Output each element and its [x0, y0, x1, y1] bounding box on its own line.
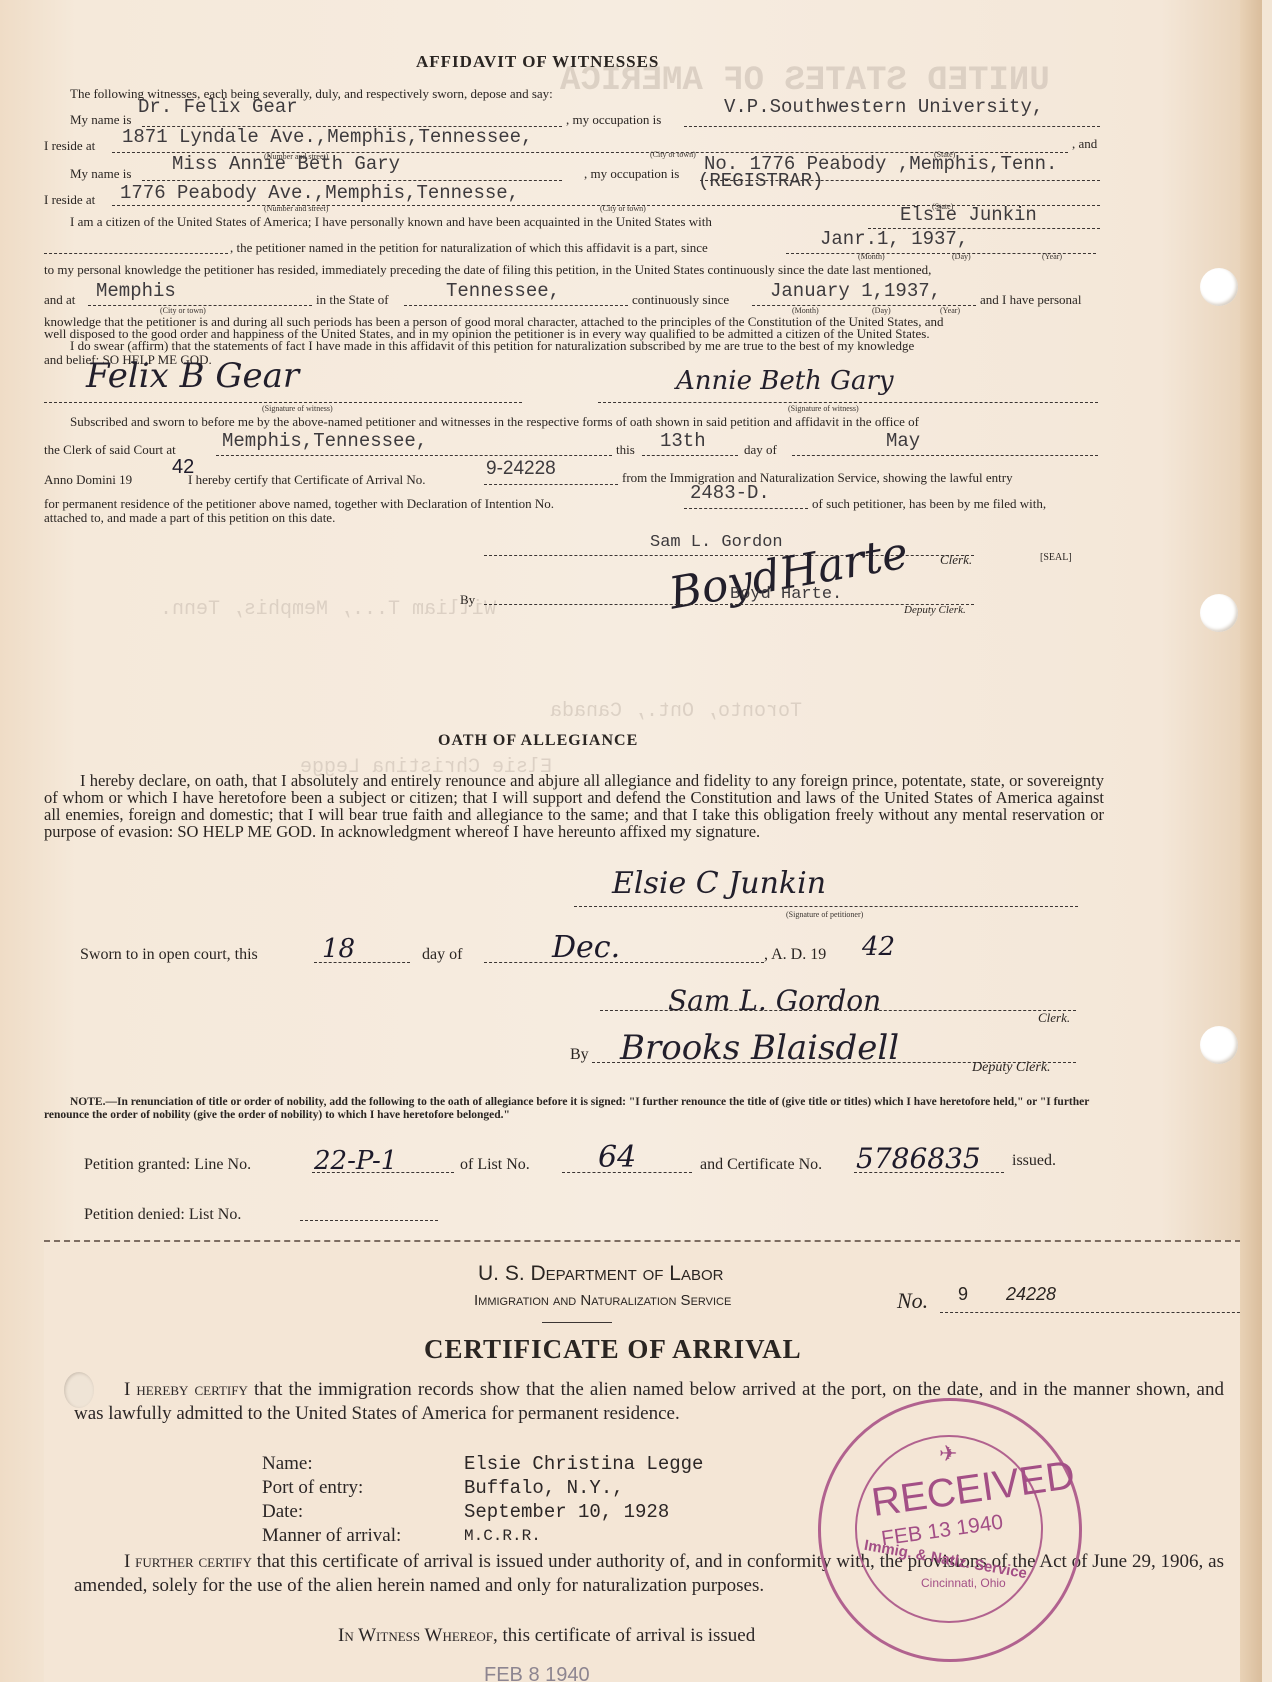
witness1-signature-line [44, 402, 522, 403]
petitioner-continued-line [44, 253, 228, 254]
declaration-no-line [684, 508, 808, 509]
sworn-year: 42 [862, 932, 895, 962]
petition-granted-label: Petition granted: Line No. [84, 1156, 251, 1174]
further-lead: I further certify [124, 1551, 252, 1572]
nobility-note: NOTE.—In renunciation of title or order … [44, 1096, 1104, 1122]
petitioner-name: Elsie Junkin [900, 204, 1037, 226]
day-line [642, 455, 738, 456]
witness2-name-label: My name is [70, 166, 131, 182]
witness2-address: 1776 Peabody Ave.,Memphis,Tennesse, [120, 182, 519, 204]
oath-clerk-label: Clerk. [1038, 1010, 1070, 1026]
certificate-no-label: No. [897, 1288, 928, 1314]
witness1-name: Dr. Felix Gear [138, 96, 298, 118]
this-label: this [616, 442, 635, 458]
field-date-label: Date: [262, 1500, 303, 1524]
and-at-label: and at [44, 292, 75, 308]
residence-city: Memphis [96, 280, 176, 302]
airplane-icon: ✈ [939, 1441, 957, 1467]
oath-body: I hereby declare, on oath, that I absolu… [44, 771, 1104, 841]
field-name-value: Elsie Christina Legge [464, 1452, 703, 1476]
hint-day: (Day) [952, 252, 971, 261]
day-of-label: day of [744, 442, 777, 458]
deputy-line [484, 604, 974, 605]
document-page: UNITED STATES OF AMERICA Toronto, Ont., … [0, 0, 1262, 1682]
witness2-name-line [142, 180, 562, 181]
continuous-date: January 1,1937, [770, 280, 941, 302]
oath-title: OATH OF ALLEGIANCE [438, 732, 638, 750]
arrival-no-line [484, 484, 618, 485]
punch-hole [1200, 594, 1238, 632]
witness2-signature-line [598, 402, 1098, 403]
petition-text: , the petitioner named in the petition f… [230, 240, 708, 256]
witness1-occupation-line [684, 126, 1100, 127]
certificate-number: 5786835 [856, 1142, 981, 1175]
and-label: , and [1072, 136, 1097, 152]
sworn-label: Sworn to in open court, this [80, 946, 258, 964]
ad-label: , A. D. 19 [764, 946, 826, 964]
month-line [792, 455, 1098, 456]
oath-text: I hereby declare, on oath, that I absolu… [44, 772, 1104, 840]
hint-signature-petitioner: (Signature of petitioner) [786, 910, 863, 919]
deputy-name: Boyd Harte. [730, 585, 842, 604]
declaration-number: 2483-D. [690, 482, 770, 504]
witness2-signature: Annie Beth Gary [676, 366, 894, 396]
title-rule [542, 1322, 612, 1323]
witness1-occupation-label: , my occupation is [566, 112, 661, 128]
received-stamp: ✈ RECEIVED FEB 13 1940 Immig. & Natlz. S… [818, 1398, 1082, 1662]
clerk-name: Sam L. Gordon [650, 533, 783, 552]
field-port-label: Port of entry: [262, 1476, 363, 1500]
hint-month: (Month) [858, 252, 885, 261]
anno-domini-label: Anno Domini 19 [44, 472, 132, 488]
citizen-text: I am a citizen of the United States of A… [70, 214, 712, 230]
affidavit-day: 13th [660, 430, 706, 452]
witness2-occupation-note: (REGISTRAR) [698, 170, 823, 192]
witness-text: , this certificate of arrival is issued [493, 1625, 755, 1646]
oath-deputy-label: Deputy Clerk. [972, 1060, 1051, 1076]
arrival-number: 9-24228 [486, 458, 556, 480]
witness2-occupation-label: , my occupation is [584, 166, 679, 182]
certificate-no-prefix: 9 [958, 1284, 968, 1305]
subscribed-text: Subscribed and sworn to before me by the… [70, 414, 919, 430]
certificate-no-value: 24228 [1006, 1284, 1056, 1305]
certificate-no-line [940, 1312, 1250, 1313]
state-label: in the State of [316, 292, 389, 308]
sworn-month: Dec. [552, 930, 620, 965]
clerk-court-label: the Clerk of said Court at [44, 442, 176, 458]
issued-label: issued. [1012, 1152, 1056, 1170]
state-line [404, 305, 628, 306]
oath-clerk-signature: Sam L. Gordon [668, 984, 881, 1017]
embossed-seal-mark [64, 1372, 94, 1408]
line-number: 22-P-1 [314, 1146, 397, 1176]
department-name: U. S. Department of Labor [478, 1262, 723, 1286]
oath-clerk-line [600, 1010, 1076, 1011]
personal-label: and I have personal [980, 292, 1081, 308]
deputy-label: Deputy Clerk. [904, 604, 966, 616]
hint-number-street: (Number and street) [264, 204, 328, 213]
certify-label: I hereby certify that Certificate of Arr… [188, 472, 426, 488]
certificate-title: CERTIFICATE OF ARRIVAL [424, 1334, 802, 1365]
hint-city: (City or town) [650, 150, 696, 159]
sworn-day: 18 [322, 934, 355, 964]
field-manner-value: M.C.R.R. [464, 1524, 541, 1548]
witness1-reside-label: I reside at [44, 138, 95, 154]
page-edge [1240, 0, 1262, 1682]
from-label: from the Immigration and Naturalization … [622, 470, 1013, 486]
since-date: Janr.1, 1937, [820, 228, 968, 250]
sworn-month-line [484, 962, 764, 963]
affidavit-title: AFFIDAVIT OF WITNESSES [416, 52, 659, 72]
affidavit-month: May [886, 430, 920, 452]
court-location: Memphis,Tennessee, [222, 430, 427, 452]
such-label: of such petitioner, has been by me filed… [812, 496, 1046, 512]
field-port-value: Buffalo, N.Y., [464, 1476, 624, 1500]
court-location-line [216, 455, 612, 456]
hint-city: (City or town) [600, 204, 646, 213]
stamp-location: Cincinnati, Ohio [921, 1576, 1006, 1590]
witness2-reside-label: I reside at [44, 192, 95, 208]
field-manner-label: Manner of arrival: [262, 1524, 401, 1548]
residence-state: Tennessee, [446, 280, 560, 302]
petition-denied-label: Petition denied: List No. [84, 1206, 241, 1224]
petitioner-signature: Elsie C Junkin [612, 866, 826, 901]
knowledge-text: to my personal knowledge the petitioner … [44, 262, 931, 278]
bottom-date-stamp: FEB 8 1940 [484, 1664, 590, 1682]
certificate-label: and Certificate No. [700, 1156, 822, 1174]
punch-hole [1200, 1026, 1238, 1064]
oath-by-label: By [570, 1046, 589, 1064]
attached-label: attached to, and made a part of this pet… [44, 510, 335, 526]
bleed-through-line: William T..., Memphis, Tenn. [160, 598, 496, 621]
hint-signature-witness: (Signature of witness) [788, 404, 859, 413]
field-date-value: September 10, 1928 [464, 1500, 669, 1524]
service-name: Immigration and Naturalization Service [474, 1292, 731, 1309]
witness2-name: Miss Annie Beth Gary [172, 153, 400, 175]
clerk-label: Clerk. [940, 552, 972, 568]
certify-paragraph: I hereby certify that the immigration re… [74, 1378, 1224, 1426]
bleed-through-line: Toronto, Ont., Canada [550, 700, 802, 723]
witness1-signature: Felix B Gear [86, 356, 299, 396]
hint-year: (Year) [1042, 252, 1062, 261]
by-label: By [460, 592, 475, 608]
of-list-label: of List No. [460, 1156, 530, 1174]
list-number: 64 [598, 1140, 636, 1175]
petitioner-signature-line [574, 906, 1078, 907]
witness1-occupation: V.P.Southwestern University, [724, 96, 1043, 118]
witness-paragraph: In Witness Whereof, this certificate of … [338, 1624, 755, 1648]
witness1-address: 1871 Lyndale Ave.,Memphis,Tennessee, [122, 126, 532, 148]
continuously-label: continuously since [632, 292, 729, 308]
field-name-label: Name: [262, 1452, 313, 1476]
sworn-day-of-label: day of [422, 946, 462, 964]
seal-label: [SEAL] [1040, 552, 1072, 563]
punch-hole [1200, 268, 1238, 306]
witness-lead: In Witness Whereof [338, 1625, 493, 1646]
denied-list-line [300, 1220, 438, 1221]
certify-lead: I hereby certify [124, 1379, 248, 1400]
hint-signature-witness: (Signature of witness) [262, 404, 333, 413]
